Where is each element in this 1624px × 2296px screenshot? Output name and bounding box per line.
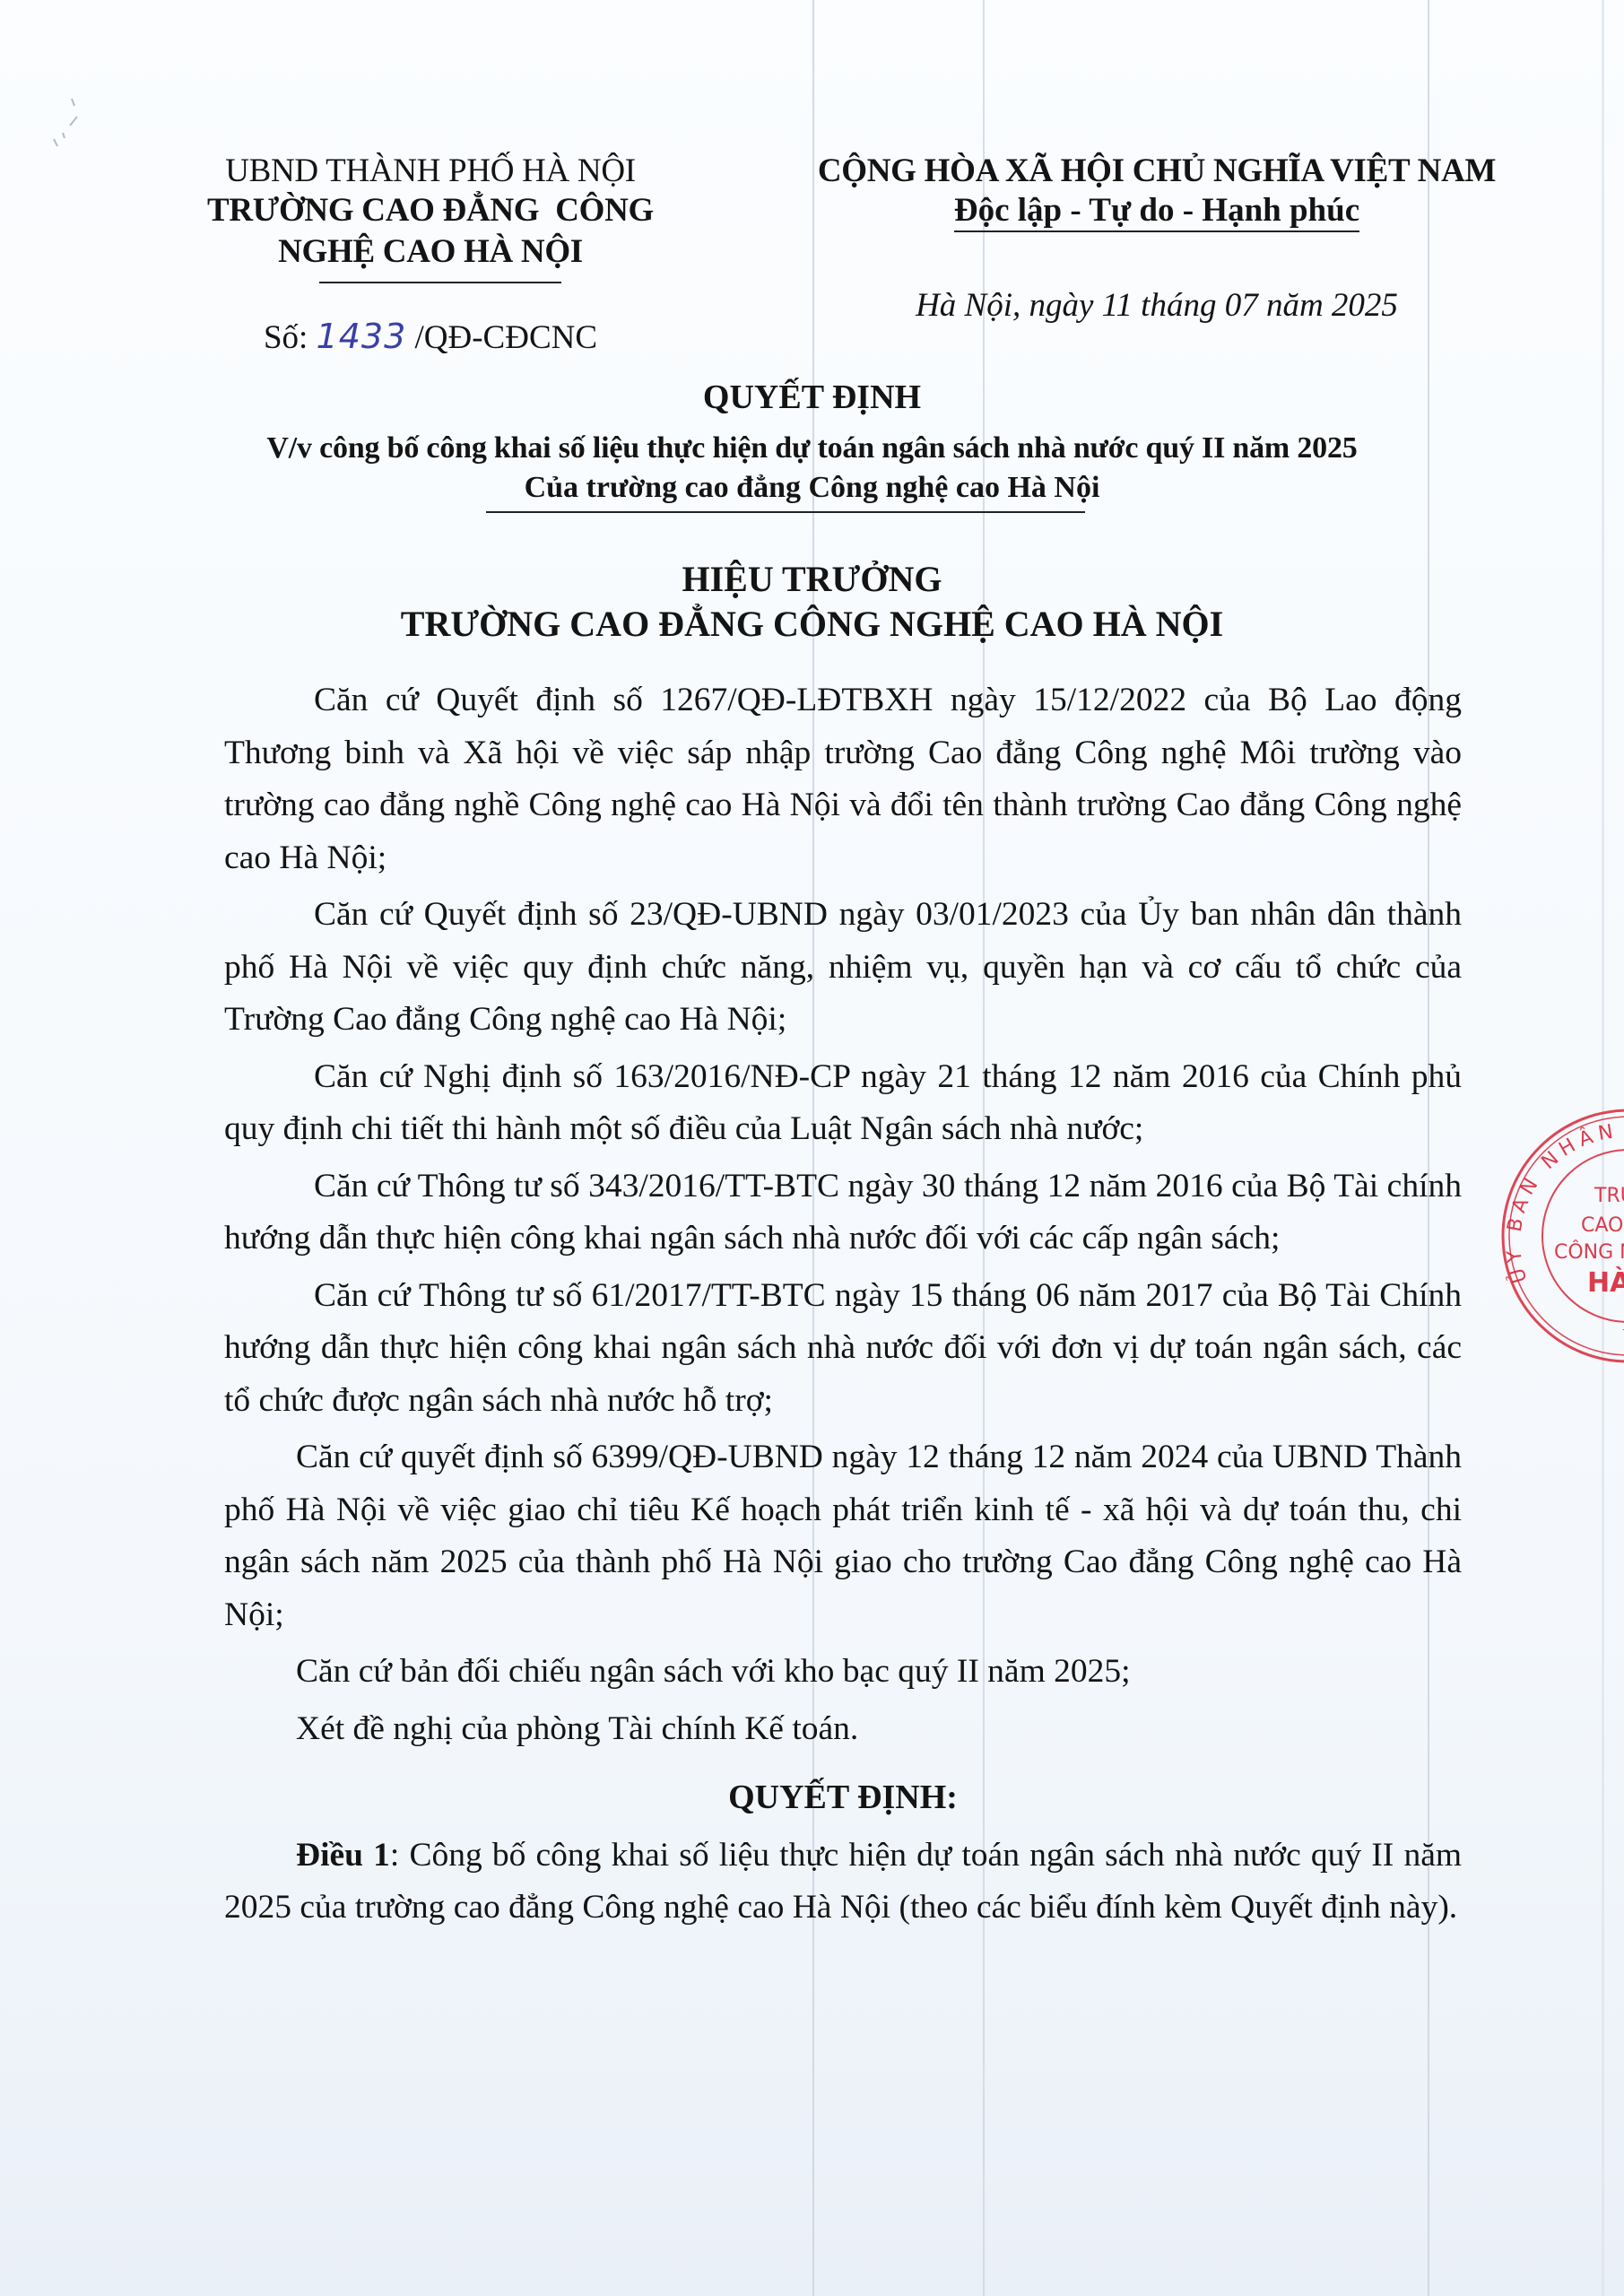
national-title: CỘNG HÒA XÃ HỘI CHỦ NGHĨA VIỆT NAM xyxy=(708,151,1605,192)
organization-name-line2: NGHỆ CAO HÀ NỘI xyxy=(179,231,682,273)
scan-smudge-mark xyxy=(36,90,126,170)
document-number-suffix: /QĐ-CĐCNC xyxy=(406,319,597,356)
official-red-stamp: ỦY BAN NHÂN DÂN TRƯ CAO CÔNG NG HÀ ★ xyxy=(1487,1101,1624,1370)
organization-name: TRƯỜNG CAO ĐẲNG CÔNG NGHỆ CAO HÀ NỘI xyxy=(179,190,682,273)
national-motto-text: Độc lập - Tự do - Hạnh phúc xyxy=(954,192,1359,232)
stamp-inner-line2: CAO xyxy=(1581,1214,1623,1237)
stamp-inner-line3: CÔNG NG xyxy=(1554,1240,1624,1264)
organization-divider xyxy=(319,282,561,283)
subject-divider xyxy=(486,511,1085,513)
stamp-inner-line1: TRƯ xyxy=(1594,1185,1624,1207)
scanned-document-page: UBND THÀNH PHỐ HÀ NỘI TRƯỜNG CAO ĐẲNG CÔ… xyxy=(0,0,1624,2296)
article-1-text: : Công bố công khai số liệu thực hiện dự… xyxy=(224,1837,1462,1926)
national-motto: Độc lập - Tự do - Hạnh phúc xyxy=(708,190,1605,231)
organization-name-line1: TRƯỜNG CAO ĐẲNG CÔNG xyxy=(179,190,682,231)
signatory-title: HIỆU TRƯỞNG xyxy=(0,558,1624,601)
preamble-paragraph: Căn cứ Quyết định số 23/QĐ-UBND ngày 03/… xyxy=(224,889,1462,1047)
preamble-paragraph: Căn cứ Nghị định số 163/2016/NĐ-CP ngày … xyxy=(224,1051,1462,1156)
preamble-paragraph: Căn cứ bản đối chiếu ngân sách với kho b… xyxy=(224,1646,1462,1699)
document-subject-line2: Của trường cao đẳng Công nghệ cao Hà Nội xyxy=(0,468,1624,508)
handwritten-number: 1433 xyxy=(317,317,407,356)
document-body: Căn cứ Quyết định số 1267/QĐ-LĐTBXH ngày… xyxy=(224,674,1462,1939)
preamble-paragraph: Căn cứ Quyết định số 1267/QĐ-LĐTBXH ngày… xyxy=(224,674,1462,884)
document-number-prefix: Số: xyxy=(264,319,317,356)
decision-heading: QUYẾT ĐỊNH: xyxy=(224,1771,1462,1824)
stamp-inner-line4: HÀ xyxy=(1587,1266,1624,1299)
stamp-seal-icon: ỦY BAN NHÂN DÂN TRƯ CAO CÔNG NG HÀ ★ xyxy=(1487,1101,1624,1370)
document-number: Số: 1433 /QĐ-CĐCNC xyxy=(179,316,682,359)
document-type-title: QUYẾT ĐỊNH xyxy=(0,377,1624,418)
issuing-authority: UBND THÀNH PHỐ HÀ NỘI xyxy=(179,151,682,192)
article-1: Điều 1: Công bố công khai số liệu thực h… xyxy=(224,1830,1462,1935)
preamble-paragraph: Xét đề nghị của phòng Tài chính Kế toán. xyxy=(224,1703,1462,1756)
signatory-school: TRƯỜNG CAO ĐẲNG CÔNG NGHỆ CAO HÀ NỘI xyxy=(0,603,1624,646)
preamble-paragraph: Căn cứ Thông tư số 343/2016/TT-BTC ngày … xyxy=(224,1161,1462,1265)
place-and-date: Hà Nội, ngày 11 tháng 07 năm 2025 xyxy=(708,285,1605,326)
preamble-paragraph: Căn cứ quyết định số 6399/QĐ-UBND ngày 1… xyxy=(224,1431,1462,1641)
article-1-label: Điều 1 xyxy=(296,1837,390,1874)
document-subject-line1: V/v công bố công khai số liệu thực hiện … xyxy=(0,429,1624,468)
preamble-paragraph: Căn cứ Thông tư số 61/2017/TT-BTC ngày 1… xyxy=(224,1270,1462,1428)
